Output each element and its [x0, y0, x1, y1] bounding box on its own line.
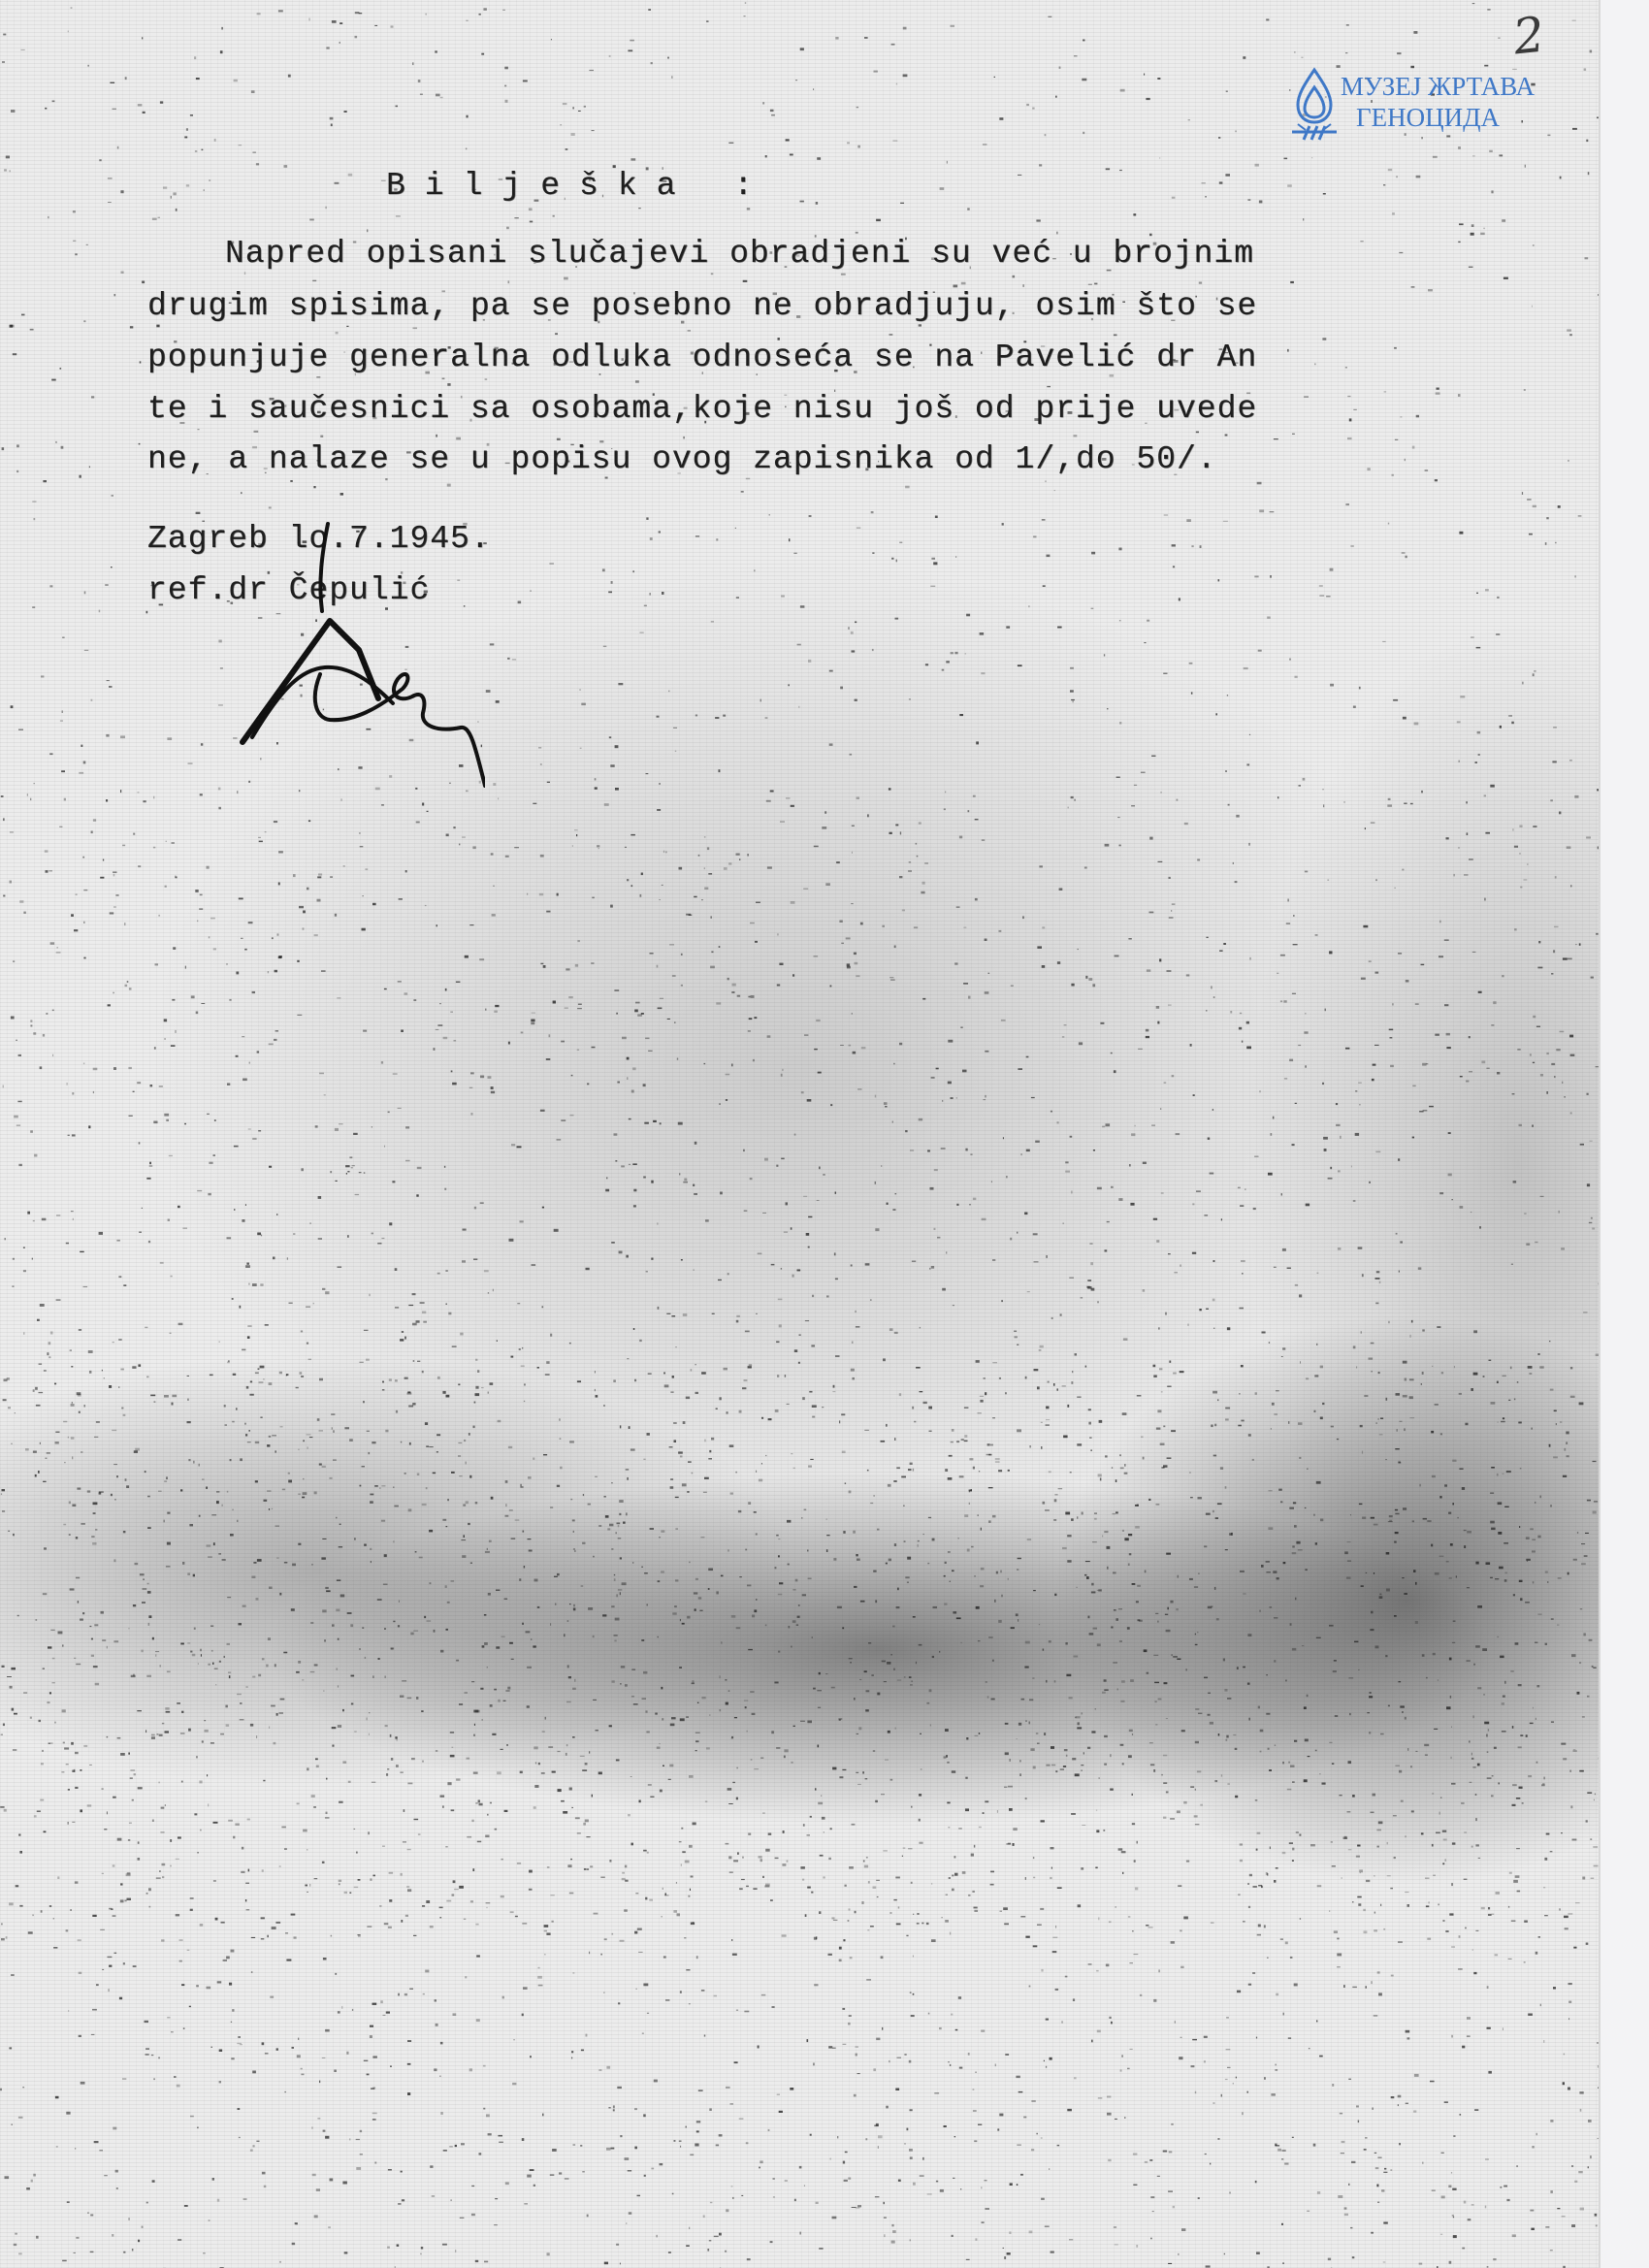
body-line-1-text: Napred opisani slučajevi obradjeni su ve… [225, 236, 1254, 272]
handwritten-signature-icon [233, 504, 485, 795]
stamp-line-1: МУЗЕЈ ЖРТАВА [1341, 72, 1535, 101]
body-line-1: Napred opisani slučajevi obradjeni su ve… [147, 236, 1254, 272]
flame-logo-icon [1290, 66, 1339, 144]
body-line-3: popunjuje generalna odluka odnoseća se n… [147, 340, 1257, 375]
body-line-5: ne, a nalaze se u popisu ovog zapisnika … [147, 441, 1217, 477]
body-line-2: drugim spisima, pa se posebno ne obradju… [147, 288, 1257, 324]
document-heading: Bilješka : [386, 168, 772, 204]
body-line-4: te i saučesnici sa osobama,koje nisu još… [147, 391, 1257, 427]
museum-stamp: МУЗЕЈ ЖРТАВА ГЕНОЦИДА [1290, 66, 1523, 144]
scanned-page: 2 МУЗЕЈ ЖРТАВА ГЕНОЦИДА Bilješka : Napre… [0, 0, 1600, 2268]
stamp-line-2: ГЕНОЦИДА [1356, 103, 1500, 132]
page-number: 2 [1511, 6, 1546, 66]
scan-margin [1600, 0, 1649, 2268]
